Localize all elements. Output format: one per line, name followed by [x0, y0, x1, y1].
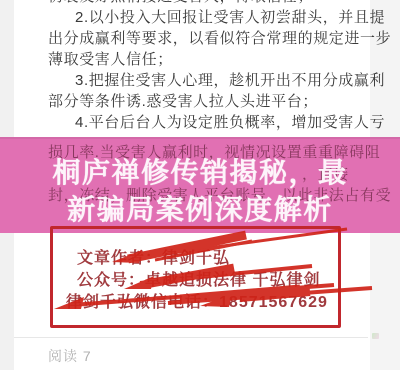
body-line: 出分成赢利等要求，以看似符合常理的规定进一步 [48, 28, 370, 49]
headline-banner: 损几率.当受害人赢利时，视情况设置重重障碍阻 ，直接 封，冻结，删除受害人平台账… [0, 137, 400, 233]
author-name: 律剑千弘 [162, 250, 230, 267]
headline-line-1: 桐庐禅修传销揭秘，最 [0, 154, 400, 191]
body-line: 薄取受害人信任； [48, 49, 370, 70]
account-label: 公众号： [77, 272, 145, 289]
article-screenshot: 伪装友好热情接近受害人，博取信任； 2.以小投入大回报让受害人初尝甜头，并且提 … [0, 0, 400, 370]
account-name: 卓越追损法律 千弘律剑 [145, 272, 320, 289]
body-line: 3.把握住受害人心理，趁机开出不用分成赢利 [48, 70, 370, 91]
headline-line-2: 新骗局案例深度解析 [0, 191, 400, 228]
article-body: 伪装友好热情接近受害人，博取信任； 2.以小投入大回报让受害人初尝甜头，并且提 … [48, 0, 370, 133]
article-divider [14, 337, 368, 338]
image-sliver [372, 333, 379, 339]
phone-number: 18571567629 [219, 294, 328, 311]
author-line: 文章作者：律剑千弘 [77, 245, 230, 268]
body-line: 部分等条件诱.惑受害人拉人头进平台； [48, 91, 370, 112]
phone-line: 律剑千弘微信电话：18571567629 [66, 289, 328, 312]
body-line: 4.平台后台人为设定胜负概率，增加受害人亏 [48, 112, 370, 133]
account-line: 公众号：卓越追损法律 千弘律剑 [77, 267, 320, 290]
phone-label: 律剑千弘微信电话： [66, 294, 219, 311]
read-count: 阅读 7 [48, 346, 92, 366]
body-line: 伪装友好热情接近受害人，博取信任； [48, 0, 370, 7]
body-line: 2.以小投入大回报让受害人初尝甜头，并且提 [48, 7, 370, 28]
banner-headline: 桐庐禅修传销揭秘，最 新骗局案例深度解析 [0, 154, 400, 228]
author-label: 文章作者： [77, 250, 162, 267]
